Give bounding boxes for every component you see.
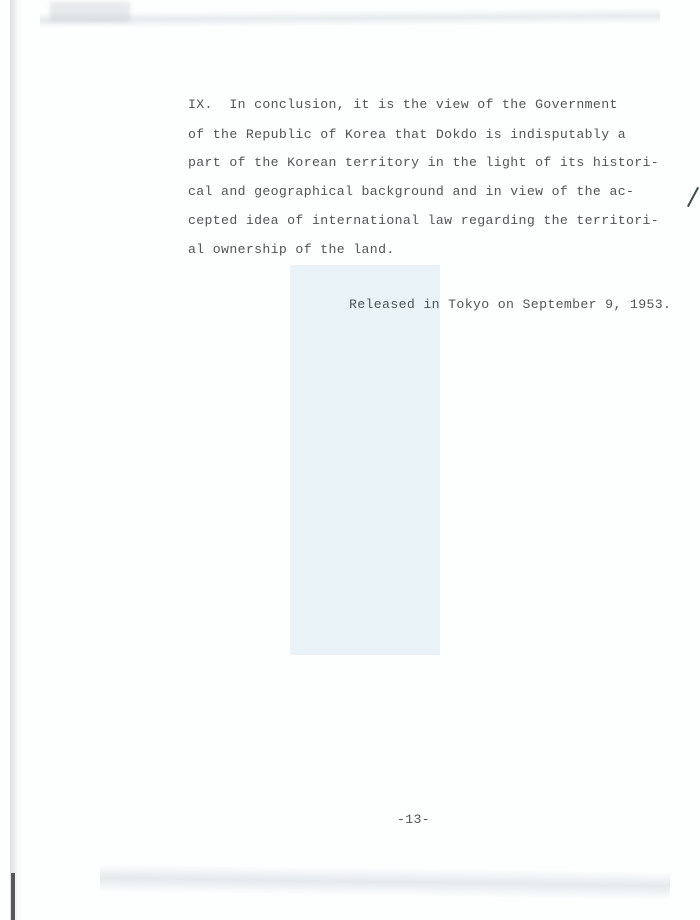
paragraph-line: part of the Korean territory in the ligh… <box>188 155 659 170</box>
release-note: Released in Tokyo on September 9, 1953. <box>349 297 671 312</box>
page-number: -13- <box>397 812 430 827</box>
scan-tint-band <box>290 265 440 655</box>
scan-edge-mark <box>11 873 15 920</box>
scan-edge-shadow <box>10 0 22 920</box>
paragraph-line: of the Republic of Korea that Dokdo is i… <box>188 127 626 142</box>
scan-bottom-shadow <box>100 864 670 900</box>
paragraph-line: al ownership of the land. <box>188 242 395 257</box>
paragraph-line: cal and geographical background and in v… <box>188 184 634 199</box>
document-page: IX. In conclusion, it is the view of the… <box>0 0 700 920</box>
scan-top-shadow <box>40 8 660 28</box>
pen-mark <box>687 187 699 207</box>
paragraph-line: cepted idea of international law regardi… <box>188 213 659 228</box>
paragraph-line: IX. In conclusion, it is the view of the… <box>188 97 618 112</box>
